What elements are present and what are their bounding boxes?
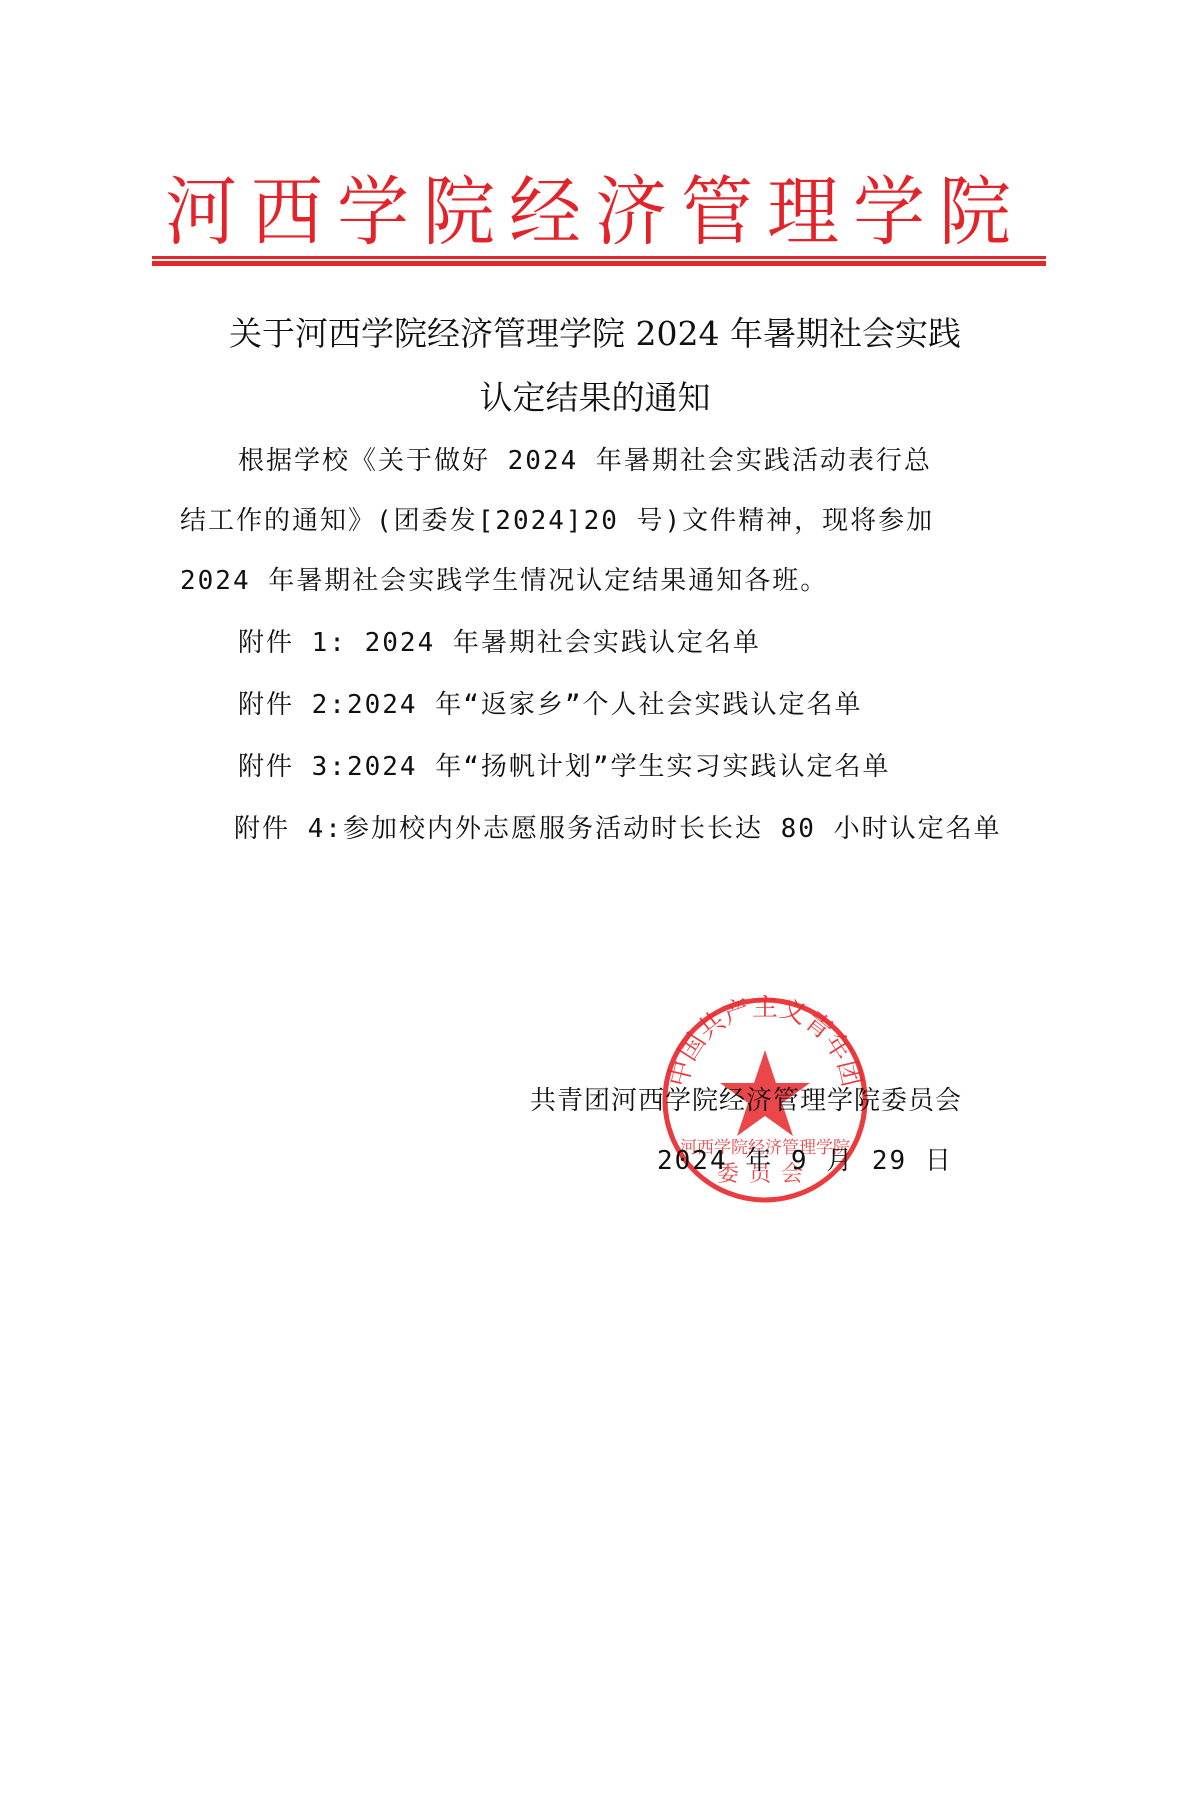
masthead-title: 河西学院经济管理学院	[150, 163, 1040, 263]
attachment-1: 附件 1: 2024 年暑期社会实践认定名单	[238, 622, 761, 659]
red-rule-thick	[152, 261, 1046, 266]
attachment-2: 附件 2:2024 年“返家乡”个人社会实践认定名单	[238, 684, 863, 721]
masthead-red-rule	[152, 256, 1046, 268]
document-title-line-2: 认定结果的通知	[150, 372, 1040, 419]
masthead: 河西学院经济管理学院	[150, 165, 1040, 260]
body-line-2: 结工作的通知》(团委发[2024]20 号)文件精神，现将参加	[180, 500, 1010, 537]
body-line-1: 根据学校《关于做好 2024 年暑期社会实践活动表行总	[238, 440, 1068, 477]
signing-date: 2024 年 9 月 29 日	[657, 1140, 953, 1177]
signer-organization: 共青团河西学院经济管理学院委员会	[530, 1080, 962, 1117]
document-page: 河西学院经济管理学院 关于河西学院经济管理学院 2024 年暑期社会实践 认定结…	[0, 0, 1190, 1814]
red-rule-thin	[152, 256, 1046, 259]
body-line-3: 2024 年暑期社会实践学生情况认定结果通知各班。	[180, 560, 1010, 597]
attachment-3: 附件 3:2024 年“扬帆计划”学生实习实践认定名单	[238, 746, 891, 783]
document-title-line-1: 关于河西学院经济管理学院 2024 年暑期社会实践	[150, 308, 1040, 355]
attachment-4: 附件 4:参加校内外志愿服务活动时长长达 80 小时认定名单	[234, 808, 1002, 845]
